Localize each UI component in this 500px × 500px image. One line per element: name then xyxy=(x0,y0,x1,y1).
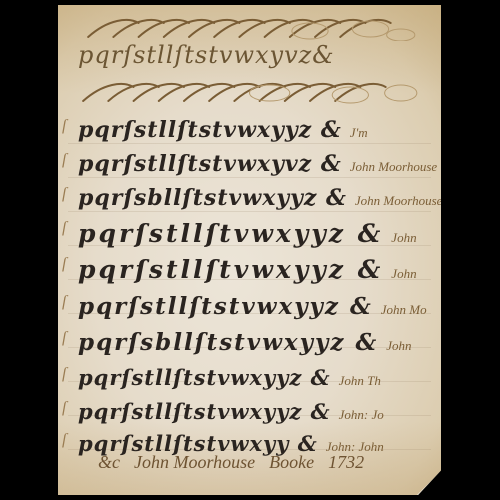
margin-mark: ſ xyxy=(62,219,66,237)
practice-line-6: ſ pqrſstllſtstvwxyyz & John Mo xyxy=(78,293,437,320)
footer-prefix: &c xyxy=(98,452,120,473)
practice-line-9: ſ pqrſstllſtstvwxyyz & John: Jo xyxy=(78,399,437,424)
practice-text: pqrſstllſtstvwxyyz & xyxy=(78,365,331,390)
flourish-decoration-icon xyxy=(68,77,431,105)
header-alphabet-row: pqrſstllſtstvwxyvz& xyxy=(78,41,437,69)
margin-mark: ſ xyxy=(62,293,66,311)
second-flourish-row xyxy=(68,77,431,105)
signature: John Mo xyxy=(381,302,427,318)
margin-mark: ſ xyxy=(62,329,66,347)
footer-word: Booke xyxy=(269,452,314,473)
practice-line-7: ſ pqrſsbllſtstvwxyyz & John xyxy=(78,329,437,356)
margin-mark: ſ xyxy=(62,151,66,169)
practice-text: pqrſsbllſtstvwxyyz & xyxy=(78,185,347,211)
practice-line-5: ſ pqrſstllſtvwxyyz & John xyxy=(78,255,437,284)
practice-line-3: ſ pqrſsbllſtstvwxyyz & John Moorhouse xyxy=(78,185,437,211)
practice-line-4: ſ pqrſstllſtvwxyyz & John xyxy=(78,219,437,248)
footer-owner: John Moorhouse xyxy=(134,452,255,473)
footer-year: 1732 xyxy=(328,452,364,473)
practice-text: pqrſstllſtstvwxyyz & xyxy=(78,399,331,424)
signature: John Moorhouse xyxy=(350,159,438,175)
header-alphabet-text: pqrſstllſtstvwxyvz& xyxy=(78,41,335,69)
practice-text: pqrſstllſtstvwxyvz & xyxy=(78,151,342,177)
signature: John Moorhouse xyxy=(355,193,441,209)
practice-text: pqrſstllſtvwxyyz & xyxy=(78,255,383,284)
margin-mark: ſ xyxy=(62,185,66,203)
ownership-inscription: &c John Moorhouse Booke 1732 xyxy=(98,452,364,473)
margin-mark: ſ xyxy=(62,431,66,449)
margin-mark: ſ xyxy=(62,365,66,383)
margin-mark: ſ xyxy=(62,399,66,417)
signature: J'm xyxy=(350,125,368,141)
manuscript-page: pqrſstllſtstvwxyvz& ſ pqrſstllſtstvwxyyz… xyxy=(58,5,441,495)
signature: John: Jo xyxy=(339,407,384,423)
practice-text: pqrſstllſtstvwxyyz & xyxy=(78,293,373,320)
practice-line-8: ſ pqrſstllſtstvwxyyz & John Th xyxy=(78,365,437,390)
top-flourish-row xyxy=(68,13,431,41)
flourish-decoration-icon xyxy=(68,13,431,41)
signature: John xyxy=(386,338,411,354)
signature: John Th xyxy=(339,373,381,389)
practice-line-1: ſ pqrſstllſtstvwxyyz & J'm xyxy=(78,117,437,143)
practice-text: pqrſsbllſtstvwxyyz & xyxy=(78,329,378,356)
torn-corner xyxy=(417,471,441,495)
signature: John xyxy=(391,230,416,246)
practice-text: pqrſstllſtstvwxyyz & xyxy=(78,117,342,143)
practice-line-2: ſ pqrſstllſtstvwxyvz & John Moorhouse xyxy=(78,151,437,177)
margin-mark: ſ xyxy=(62,255,66,273)
signature: John xyxy=(391,266,416,282)
margin-mark: ſ xyxy=(62,117,66,135)
practice-text: pqrſstllſtvwxyyz & xyxy=(78,219,383,248)
